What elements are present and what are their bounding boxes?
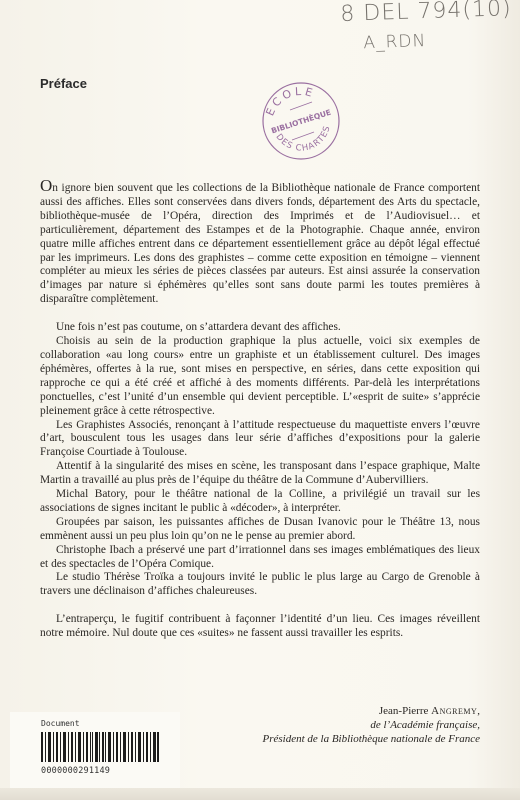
shelfmark-line-1: 8 DEL 794(10): [340, 0, 512, 27]
paragraph: Groupées par saison, les puissantes affi…: [40, 516, 480, 544]
paragraph: L’entraperçu, le fugitif contribuent à f…: [40, 613, 480, 641]
preface-body: On ignore bien souvent que les collectio…: [40, 180, 480, 641]
drop-cap: O: [40, 176, 52, 195]
page-title: Préface: [40, 76, 87, 91]
stamp-top-text: ECOLE: [263, 85, 316, 118]
barcode-number: 0000000291149: [41, 766, 110, 776]
paragraph: Le studio Thérèse Troïka a toujours invi…: [40, 571, 480, 599]
barcode-label-text: Document: [41, 719, 80, 728]
document-page: 8 DEL 794(10) A_RDN Préface ECOLE BIBLIO…: [0, 0, 520, 800]
paragraph: Les Graphistes Associés, renonçant à l’a…: [40, 419, 480, 461]
paragraph: Michal Batory, pour le théâtre national …: [40, 488, 480, 516]
paragraph: Christophe Ibach a préservé une part d’i…: [40, 544, 480, 572]
paragraph: On ignore bien souvent que les collectio…: [40, 180, 480, 307]
shelfmark-line-2: A_RDN: [363, 31, 426, 53]
svg-text:ECOLE: ECOLE: [263, 85, 316, 118]
paragraph: Une fois n’est pas coutume, on s’attarde…: [40, 321, 480, 335]
page-bottom-edge: [0, 788, 520, 800]
paragraph: Attentif à la singularité des mises en s…: [40, 460, 480, 488]
library-stamp-icon: ECOLE BIBLIOTHÈQUE DES CHARTES: [260, 80, 342, 162]
paragraph: Choisis au sein de la production graphiq…: [40, 335, 480, 418]
barcode-icon: [41, 732, 159, 762]
barcode-sticker: Document: [10, 712, 180, 792]
